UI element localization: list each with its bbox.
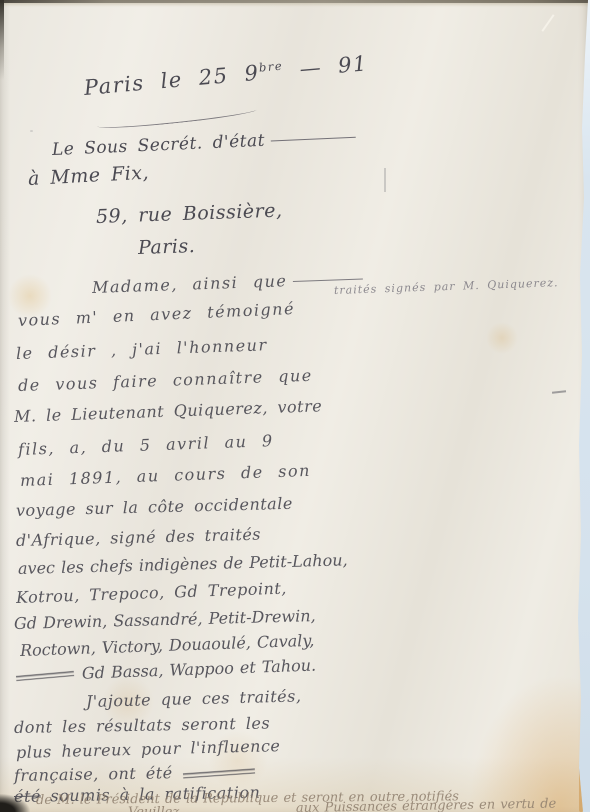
body-line: J'ajoute que ces traités, — [86, 686, 302, 711]
body-line: Gd Bassa, Wappoo et Tahou. — [16, 656, 317, 685]
place-date-year: — 91 — [282, 51, 368, 82]
stray-pencil-mark — [384, 168, 386, 192]
margin-annotation: traités signés par M. Quiquerez. — [334, 276, 559, 297]
body-line: fils, a, du 5 avril au 9 — [18, 431, 274, 459]
sender-title-text: Le Sous Secrét. d'état — [52, 131, 266, 160]
crossed-out-scribble — [16, 667, 75, 683]
recipient-city-line: Paris. — [138, 235, 196, 259]
body-line: dont les résultats seront les — [14, 714, 270, 737]
date-underline-stroke — [97, 105, 257, 132]
paper-scratch — [541, 14, 554, 32]
body-line: Roctown, Victory, Douaoulé, Cavaly, — [20, 631, 315, 660]
body-line-text: Gd Bassa, Wappoo et Tahou. — [82, 656, 317, 683]
stray-pencil-dot — [30, 130, 33, 132]
body-line: Kotrou, Trepoco, Gd Trepoint, — [16, 579, 287, 607]
recipient-street-line: 59, rue Boissière, — [96, 199, 283, 227]
body-line: M. le Lieutenant Quiquerez, votre — [14, 396, 323, 426]
scan-left-edge — [0, 0, 4, 80]
aged-edge-stain — [579, 764, 583, 812]
date-superscript: bre — [258, 59, 283, 75]
body-line-faded: Veuillez — [128, 805, 179, 812]
body-line: avec les chefs indigènes de Petit-Lahou, — [18, 550, 348, 578]
scan-corner-shadow — [0, 794, 30, 812]
place-date-text: Paris le 25 9 — [83, 61, 260, 100]
recipient-name-line: à Mme Fix, — [27, 162, 149, 190]
crossed-out-scribble — [182, 765, 255, 781]
sender-title-line: Le Sous Secrét. d'état — [52, 127, 357, 160]
pen-flourish — [293, 279, 363, 282]
body-line: Madame, ainsi que — [92, 269, 364, 297]
letter-page: Paris le 25 9bre — 91 Le Sous Secrét. d'… — [0, 0, 590, 812]
body-line-text: Madame, ainsi que — [92, 271, 288, 297]
body-line: d'Afrique, signé des traités — [16, 525, 261, 550]
place-date-line: Paris le 25 9bre — 91 — [83, 51, 369, 100]
body-line: le désir , j'ai l'honneur — [16, 335, 268, 363]
body-line: voyage sur la côte occidentale — [16, 494, 293, 520]
body-line: Gd Drewin, Sassandré, Petit-Drewin, — [14, 606, 316, 633]
body-line: plus heureux pour l'influence — [16, 736, 281, 762]
scan-top-edge — [0, 0, 590, 3]
body-line: de vous faire connaître que — [18, 366, 313, 395]
body-line: mai 1891, au cours de son — [20, 461, 312, 490]
scanned-letter: { "colors":{"paper":"#ece9e1","scan_back… — [0, 0, 590, 812]
body-line: française, ont été — [14, 762, 263, 785]
body-line: vous m' en avez témoigné — [18, 299, 296, 330]
stray-pencil-dash — [552, 390, 566, 393]
body-line-text: française, ont été — [14, 763, 173, 785]
pen-flourish — [271, 137, 356, 142]
